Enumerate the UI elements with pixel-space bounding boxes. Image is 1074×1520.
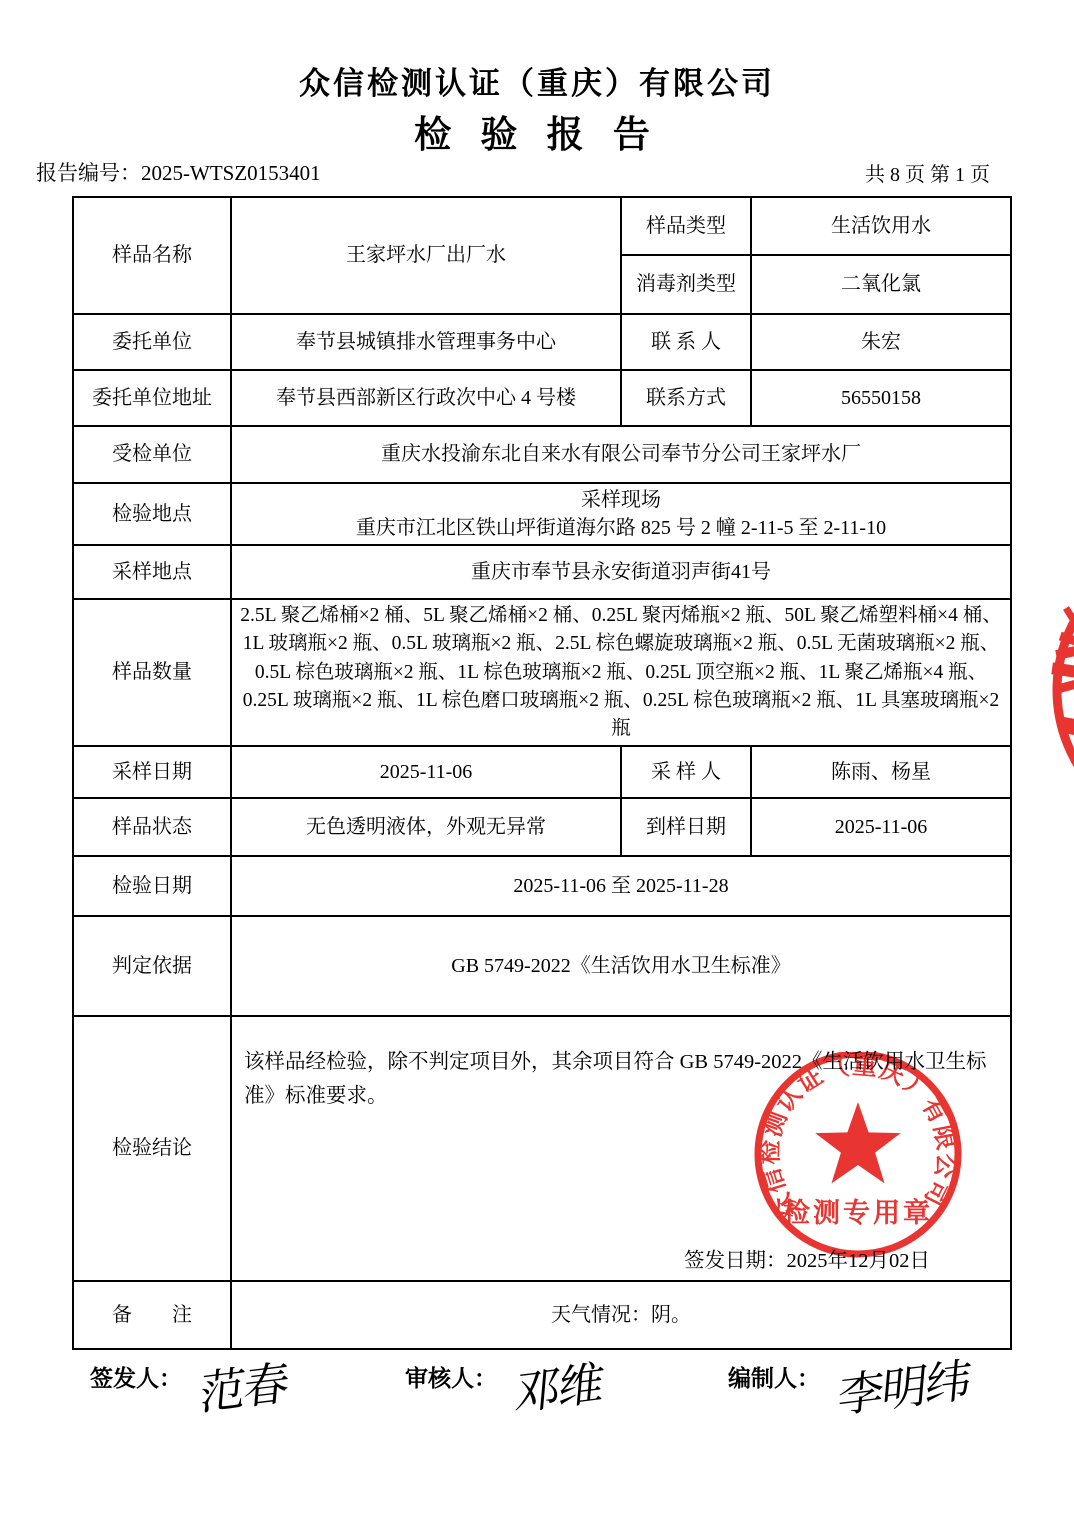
report-page: 众信检测认证（重庆）有限公司 检 验 报 告 报告编号：2025-WTSZ015… [0, 0, 1074, 1520]
sample-state-label: 样品状态 [73, 798, 231, 856]
arrival-date-value: 2025-11-06 [751, 798, 1011, 856]
sample-state-value: 无色透明液体，外观无异常 [231, 798, 621, 856]
issuer-label: 签发人： [90, 1366, 182, 1391]
report-number: 报告编号：2025-WTSZ0153401 [36, 157, 321, 187]
sample-type-value: 生活饮用水 [751, 197, 1011, 255]
contact-person-label: 联 系 人 [621, 314, 751, 370]
contact-phone-label: 联系方式 [621, 370, 751, 426]
sample-type-label: 样品类型 [621, 197, 751, 255]
sample-name-value: 王家坪水厂出厂水 [231, 197, 621, 314]
conclusion-cell: 该样品经检验，除不判定项目外，其余项目符合 GB 5749-2022《生活饮用水… [231, 1016, 1011, 1281]
remark-value: 天气情况：阴。 [231, 1281, 1011, 1349]
report-title: 检 验 报 告 [0, 104, 1074, 158]
client-value: 奉节县城镇排水管理事务中心 [231, 314, 621, 370]
issue-date-value: 2025年12月02日 [787, 1250, 931, 1272]
preparer-label: 编制人： [728, 1366, 820, 1391]
reviewer-signature-group: 审核人：邓维 [405, 1352, 603, 1418]
preparer-signature-group: 编制人：李明纬 [728, 1352, 970, 1418]
reviewer-label: 审核人： [405, 1366, 497, 1391]
client-address-value: 奉节县西部新区行政次中心 4 号楼 [231, 370, 621, 426]
report-info-table: 样品名称 王家坪水厂出厂水 样品类型 生活饮用水 消毒剂类型 二氧化氯 委托单位… [72, 196, 1012, 1350]
company-name: 众信检测认证（重庆）有限公司 [0, 58, 1074, 103]
test-place-line2: 重庆市江北区铁山坪街道海尔路 825 号 2 幢 2-11-5 至 2-11-1… [238, 514, 1004, 542]
preparer-signature: 李明纬 [836, 1343, 973, 1426]
issuer-signature-group: 签发人：范春 [90, 1352, 288, 1418]
conclusion-label: 检验结论 [73, 1016, 231, 1281]
test-date-value: 2025-11-06 至 2025-11-28 [231, 856, 1011, 916]
reviewer-signature: 邓维 [512, 1346, 605, 1424]
disinfectant-type-label: 消毒剂类型 [621, 255, 751, 314]
sampling-place-label: 采样地点 [73, 545, 231, 599]
page-count: 共 8 页 第 1 页 [865, 158, 990, 187]
report-number-label: 报告编号： [36, 161, 141, 185]
test-date-label: 检验日期 [73, 856, 231, 916]
client-label: 委托单位 [73, 314, 231, 370]
client-address-label: 委托单位地址 [73, 370, 231, 426]
test-place-line1: 采样现场 [238, 486, 1004, 514]
remark-label: 备 注 [73, 1281, 231, 1349]
inspected-unit-label: 受检单位 [73, 426, 231, 483]
sampling-place-value: 重庆市奉节县永安街道羽声街41号 [231, 545, 1011, 599]
issuer-signature: 范春 [197, 1346, 290, 1424]
sampling-date-value: 2025-11-06 [231, 746, 621, 798]
contact-person-value: 朱宏 [751, 314, 1011, 370]
conclusion-text: 该样品经检验，除不判定项目外，其余项目符合 GB 5749-2022《生活饮用水… [244, 1045, 1000, 1113]
disinfectant-type-value: 二氧化氯 [751, 255, 1011, 314]
report-number-value: 2025-WTSZ0153401 [141, 161, 321, 185]
sampler-value: 陈雨、杨星 [751, 746, 1011, 798]
edge-seal-fragment [1042, 590, 1074, 795]
issue-date: 签发日期：2025年12月02日 [684, 1247, 930, 1277]
judgment-basis-label: 判定依据 [73, 916, 231, 1016]
inspected-unit-value: 重庆水投渝东北自来水有限公司奉节分公司王家坪水厂 [231, 426, 1011, 483]
sampling-date-label: 采样日期 [73, 746, 231, 798]
judgment-basis-value: GB 5749-2022《生活饮用水卫生标准》 [231, 916, 1011, 1016]
test-place-value: 采样现场 重庆市江北区铁山坪街道海尔路 825 号 2 幢 2-11-5 至 2… [231, 483, 1011, 545]
issue-date-label: 签发日期： [684, 1250, 787, 1272]
sampler-label: 采 样 人 [621, 746, 751, 798]
sample-quantity-label: 样品数量 [73, 599, 231, 746]
sample-quantity-value: 2.5L 聚乙烯桶×2 桶、5L 聚乙烯桶×2 桶、0.25L 聚丙烯瓶×2 瓶… [231, 599, 1011, 746]
contact-phone-value: 56550158 [751, 370, 1011, 426]
signature-row: 签发人：范春 审核人：邓维 编制人：李明纬 [0, 1352, 1074, 1432]
test-place-label: 检验地点 [73, 483, 231, 545]
sample-name-label: 样品名称 [73, 197, 231, 314]
arrival-date-label: 到样日期 [621, 798, 751, 856]
